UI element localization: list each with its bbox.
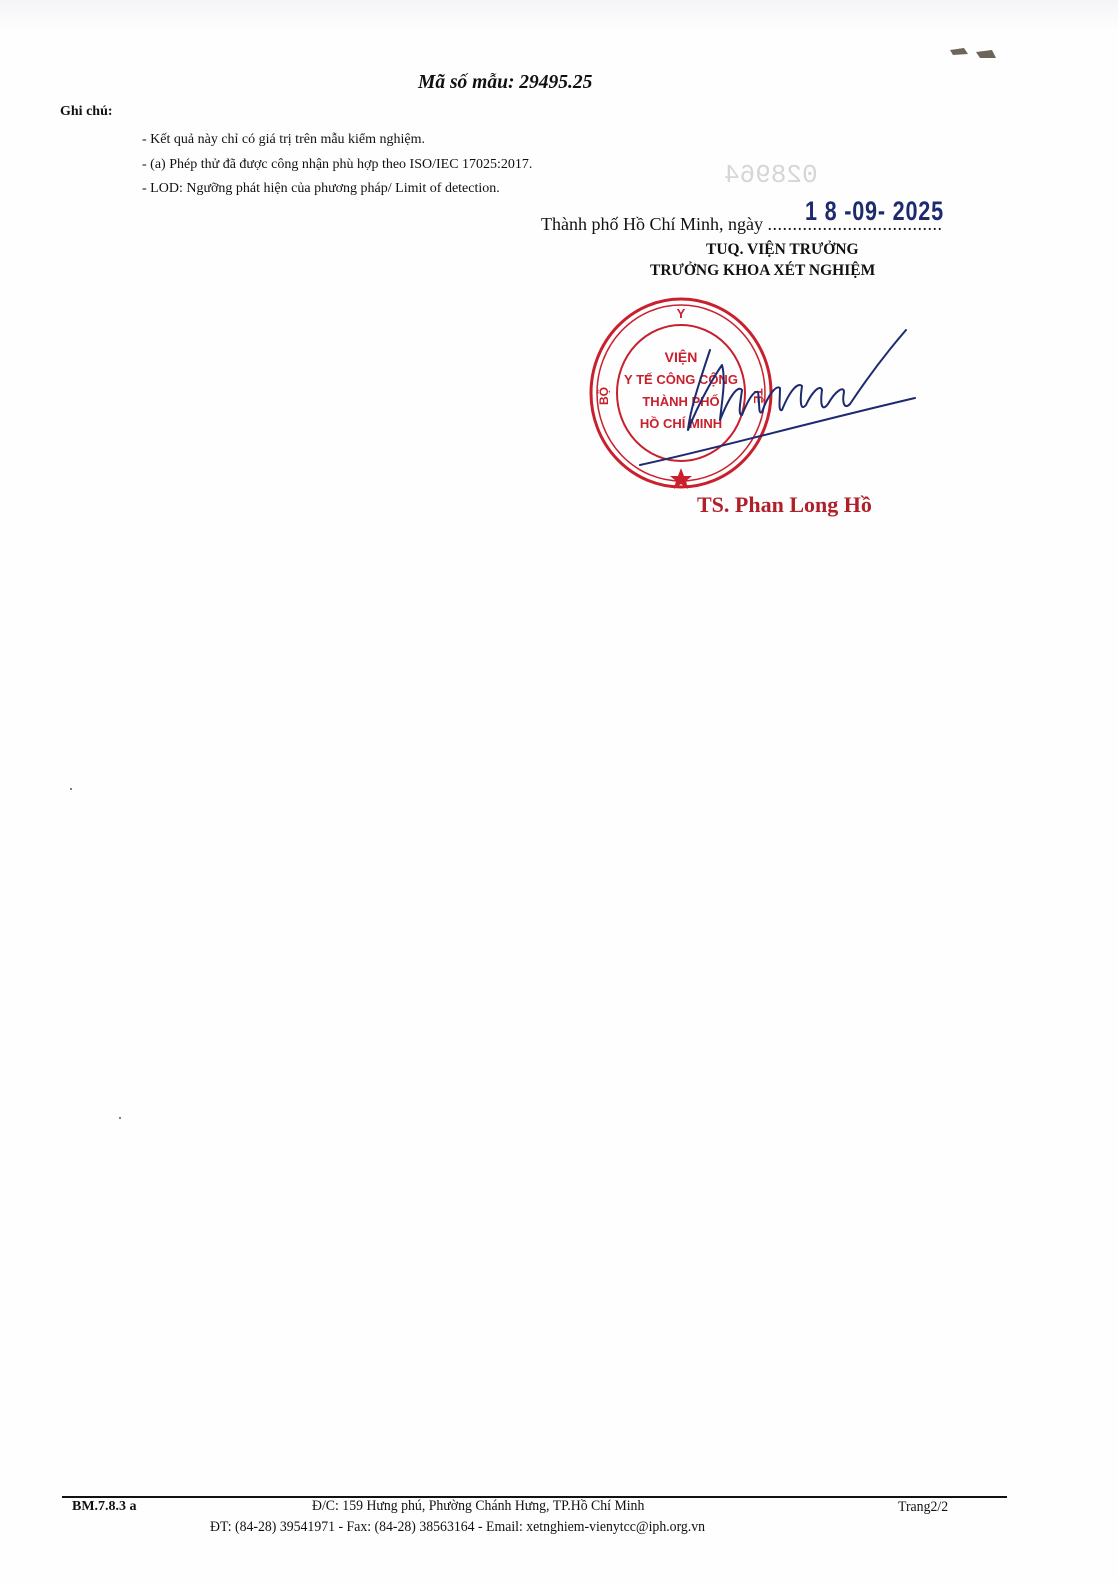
note-item: Kết quả này chỉ có giá trị trên mẫu kiểm… <box>142 128 532 153</box>
stray-dot <box>70 788 72 790</box>
note-item: LOD: Ngưỡng phát hiện của phương pháp/ L… <box>142 177 532 202</box>
notes-title: Ghi chú: <box>60 104 113 120</box>
stray-dot <box>119 1117 121 1119</box>
notes-list: Kết quả này chỉ có giá trị trên mẫu kiểm… <box>142 128 532 202</box>
footer-form-code: BM.7.8.3 a <box>72 1499 137 1515</box>
note-item: (a) Phép thử đã được công nhận phù hợp t… <box>142 153 532 178</box>
footer-address: Đ/C: 159 Hưng phú, Phường Chánh Hưng, TP… <box>312 1498 644 1515</box>
scan-artifact-icon <box>950 44 1010 66</box>
signature-icon <box>630 320 920 480</box>
footer-page-number: Trang2/2 <box>898 1499 948 1516</box>
place-date-prefix: Thành phố Hồ Chí Minh, ngày <box>541 214 763 234</box>
signer-name: TS. Phan Long Hồ <box>697 492 872 518</box>
sample-code: Mã số mẫu: 29495.25 <box>418 72 592 94</box>
seal-top-letter: Y <box>677 306 686 321</box>
signer-title-line2: TRƯỞNG KHOA XÉT NGHIỆM <box>650 262 875 280</box>
footer-contact: ĐT: (84-28) 39541971 - Fax: (84-28) 3856… <box>210 1519 705 1536</box>
page-background <box>0 0 1118 1583</box>
date-stamp: 1 8 -09- 2025 <box>805 196 944 227</box>
seal-left-word: BỘ <box>596 387 611 405</box>
signer-title-line1: TUQ. VIỆN TRƯỞNG <box>706 241 859 259</box>
